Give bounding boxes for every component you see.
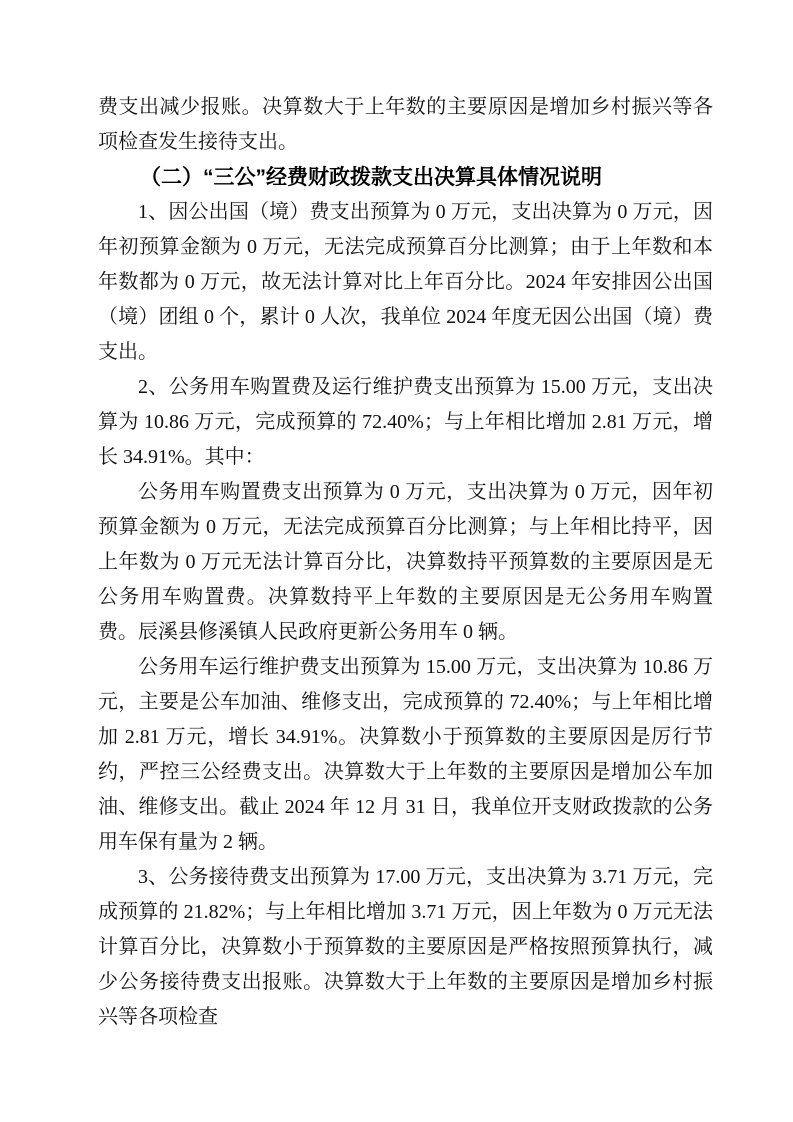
paragraph-vehicle-purchase: 公务用车购置费支出预算为 0 万元，支出决算为 0 万元，因年初预算金额为 0 …	[98, 475, 713, 650]
paragraph-continuation-hospitality: 费支出减少报账。决算数大于上年数的主要原因是增加乡村振兴等各项检查发生接待支出。	[98, 90, 713, 160]
document-page: 费支出减少报账。决算数大于上年数的主要原因是增加乡村振兴等各项检查发生接待支出。…	[0, 0, 793, 1122]
paragraph-vehicle-operation: 公务用车运行维护费支出预算为 15.00 万元，支出决算为 10.86 万元，主…	[98, 650, 713, 860]
paragraph-3-official-reception: 3、公务接待费支出预算为 17.00 万元，支出决算为 3.71 万元，完成预算…	[98, 860, 713, 1035]
paragraph-2-vehicle-total: 2、公务用车购置费及运行维护费支出预算为 15.00 万元，支出决算为 10.8…	[98, 370, 713, 475]
document-content: 费支出减少报账。决算数大于上年数的主要原因是增加乡村振兴等各项检查发生接待支出。…	[98, 90, 713, 1035]
paragraph-1-overseas-trips: 1、因公出国（境）费支出预算为 0 万元，支出决算为 0 万元，因年初预算金额为…	[98, 195, 713, 370]
section-heading-sangong-expenses: （二）“三公”经费财政拨款支出决算具体情况说明	[98, 160, 713, 195]
